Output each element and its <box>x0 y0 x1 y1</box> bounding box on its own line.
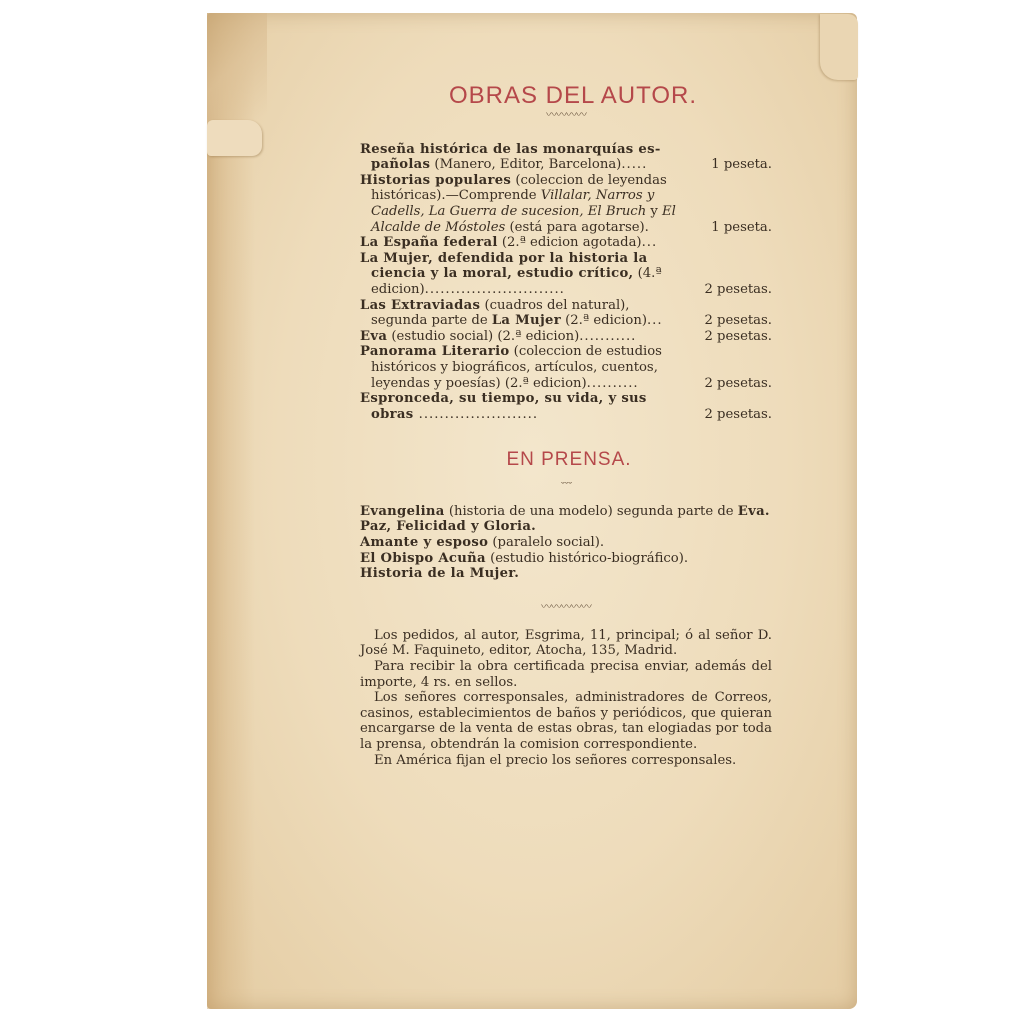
dot-leader: ..... <box>621 157 647 172</box>
torn-paper-flap-right <box>820 14 858 80</box>
press-section: EN PRENSA. ﹏ Evangelina (historia de una… <box>360 452 772 582</box>
work-detail: (2.ª edicion agotada) <box>498 235 642 250</box>
work-title-cont: pañolas <box>371 157 430 172</box>
work-price: 2 pesetas. <box>688 376 772 392</box>
ornament-divider: 〰〰〰〰 <box>360 110 772 120</box>
section-separator: 〰〰〰〰〰 <box>360 602 772 612</box>
dot-leader: ... <box>647 313 663 328</box>
note-paragraph: Los pedidos, al autor, Esgrima, 11, prin… <box>360 628 772 659</box>
press-item: El Obispo Acuña (estudio histórico-biogr… <box>360 551 772 567</box>
torn-paper-flap-left <box>207 120 262 156</box>
note-paragraph: Para recibir la obra certificada precisa… <box>360 659 772 690</box>
works-heading: OBRAS DEL AUTOR. <box>360 88 772 104</box>
work-item: La Mujer, defendida por la historia la c… <box>360 251 772 298</box>
dot-leader: ........... <box>579 329 636 344</box>
page-content: OBRAS DEL AUTOR. 〰〰〰〰 Reseña histórica d… <box>360 88 772 768</box>
work-detail: (estudio social) (2.ª edicion) <box>387 329 579 344</box>
dot-leader: .......... <box>587 376 639 391</box>
work-item: Historias populares (coleccion de leyend… <box>360 173 772 235</box>
press-item: Paz, Felicidad y Gloria. <box>360 519 772 535</box>
work-title: Reseña histórica de las monarquías es- <box>360 142 661 157</box>
work-price: 2 pesetas. <box>688 282 772 298</box>
dot-leader: ....................... <box>413 407 538 422</box>
dot-leader: ........................... <box>425 282 565 297</box>
work-title: Las Extraviadas <box>360 298 480 313</box>
work-title: La Mujer, defendida por la historia la c… <box>360 251 647 282</box>
work-item: Espronceda, su tiempo, su vida, y sus ob… <box>360 391 772 422</box>
press-item: Amante y esposo (paralelo social). <box>360 535 772 551</box>
works-list: Reseña histórica de las monarquías es- p… <box>360 142 772 423</box>
note-paragraph: En América fijan el precio los señores c… <box>360 753 772 769</box>
work-detail: (Manero, Editor, Barcelona) <box>430 157 621 172</box>
work-title: La España federal <box>360 235 498 250</box>
ornament-divider: ﹏ <box>360 474 772 484</box>
press-item: Historia de la Mujer. <box>360 566 772 582</box>
work-title: Eva <box>360 329 387 344</box>
work-ref: La Mujer <box>492 313 561 328</box>
press-item: Evangelina (historia de una modelo) segu… <box>360 504 772 520</box>
note-paragraph: Los señores corresponsales, administrado… <box>360 690 772 752</box>
work-item: Reseña histórica de las monarquías es- p… <box>360 142 772 173</box>
work-price: 2 pesetas. <box>688 313 772 329</box>
work-price: 2 pesetas. <box>688 407 772 423</box>
work-item: Panorama Literario (coleccion de estudio… <box>360 344 772 391</box>
ordering-notes: Los pedidos, al autor, Esgrima, 11, prin… <box>360 628 772 768</box>
work-price: 1 peseta. <box>688 157 772 173</box>
work-title: Historias populares <box>360 173 511 188</box>
press-list: Evangelina (historia de una modelo) segu… <box>360 504 772 582</box>
work-item: Eva (estudio social) (2.ª edicion)......… <box>360 329 772 345</box>
work-item: La España federal (2.ª edicion agotada).… <box>360 235 772 251</box>
work-item: Las Extraviadas (cuadros del natural), s… <box>360 298 772 329</box>
dot-leader: ... <box>642 235 658 250</box>
work-price: 2 pesetas. <box>688 329 772 345</box>
press-heading: EN PRENSA. <box>360 452 772 468</box>
work-title: Panorama Literario <box>360 344 509 359</box>
work-price: 1 peseta. <box>688 220 772 236</box>
